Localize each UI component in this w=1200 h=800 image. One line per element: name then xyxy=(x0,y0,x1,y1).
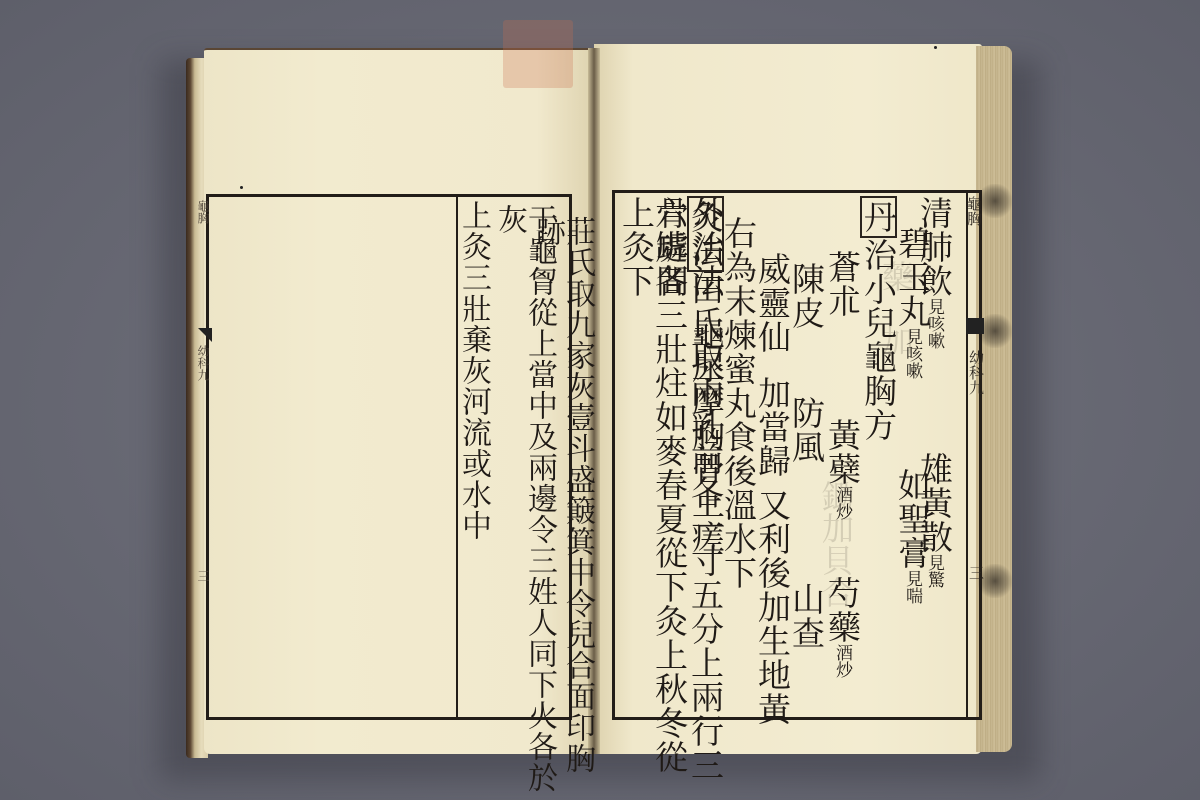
preparation-note: 酒炒 xyxy=(832,486,852,520)
right-frame-margin-line xyxy=(966,192,968,718)
ingredient: 芍藥酒炒 xyxy=(826,576,859,678)
boxed-label: 灸法 xyxy=(687,196,724,272)
cross-reference-note: 見喘 xyxy=(902,570,922,604)
text-column: 上灸三壯棄灰河流或水中 xyxy=(458,200,488,541)
spine-label: 龜胸 xyxy=(966,196,981,226)
ingredient: 黃蘗酒炒 xyxy=(826,418,859,520)
text-column: 六處各三壯炷如麥春夏從下灸上秋冬從上灸下 xyxy=(620,196,686,800)
ingredient: 防風 xyxy=(790,396,823,464)
page-dot xyxy=(240,186,243,189)
ingredient: 山查 xyxy=(790,582,823,650)
boxed-label: 丹 xyxy=(860,196,897,238)
page-dot xyxy=(934,46,937,49)
ingredient-addition: 又利後加生地黃 xyxy=(756,488,789,726)
library-seal-stamp xyxy=(503,20,573,88)
ingredient: 陳皮 xyxy=(790,262,823,330)
ingredient-addition: 加當歸 xyxy=(756,376,789,478)
left-fold-label: 龜胸 xyxy=(197,200,209,224)
text-column: 如聖膏見喘 xyxy=(896,468,929,604)
edge-ink-mark xyxy=(978,184,1012,218)
ingredient: 蒼朮 xyxy=(826,250,859,318)
cross-reference-note: 見咳嗽 xyxy=(902,328,922,379)
page-number: 三 xyxy=(968,565,983,580)
formula-name: 碧玉丸 xyxy=(893,226,932,328)
left-fold-label: 幼科九 xyxy=(197,345,209,381)
fishtail-mark xyxy=(966,318,984,334)
recipe-title: 治小兒龜胸方 xyxy=(859,238,898,442)
left-fold-label: 三 xyxy=(197,570,209,582)
preparation-note: 酒炒 xyxy=(832,644,852,678)
text-column: 丹治小兒龜胸方 xyxy=(860,196,897,442)
text-column: 于龜胷從上當中及兩邊令三姓人同下火各於灰 xyxy=(494,204,554,800)
section-label: 幼科九 xyxy=(968,350,983,395)
instructions: 右為末煉蜜丸食後溫水下 xyxy=(722,216,755,590)
text-column: 碧玉丸見咳嗽 xyxy=(896,226,929,379)
instructions: 六處各三壯炷如麥春夏從下灸上秋冬從上灸下 xyxy=(617,196,689,774)
formula-name: 如聖膏 xyxy=(893,468,932,570)
ingredient: 威靈仙 xyxy=(756,252,789,354)
